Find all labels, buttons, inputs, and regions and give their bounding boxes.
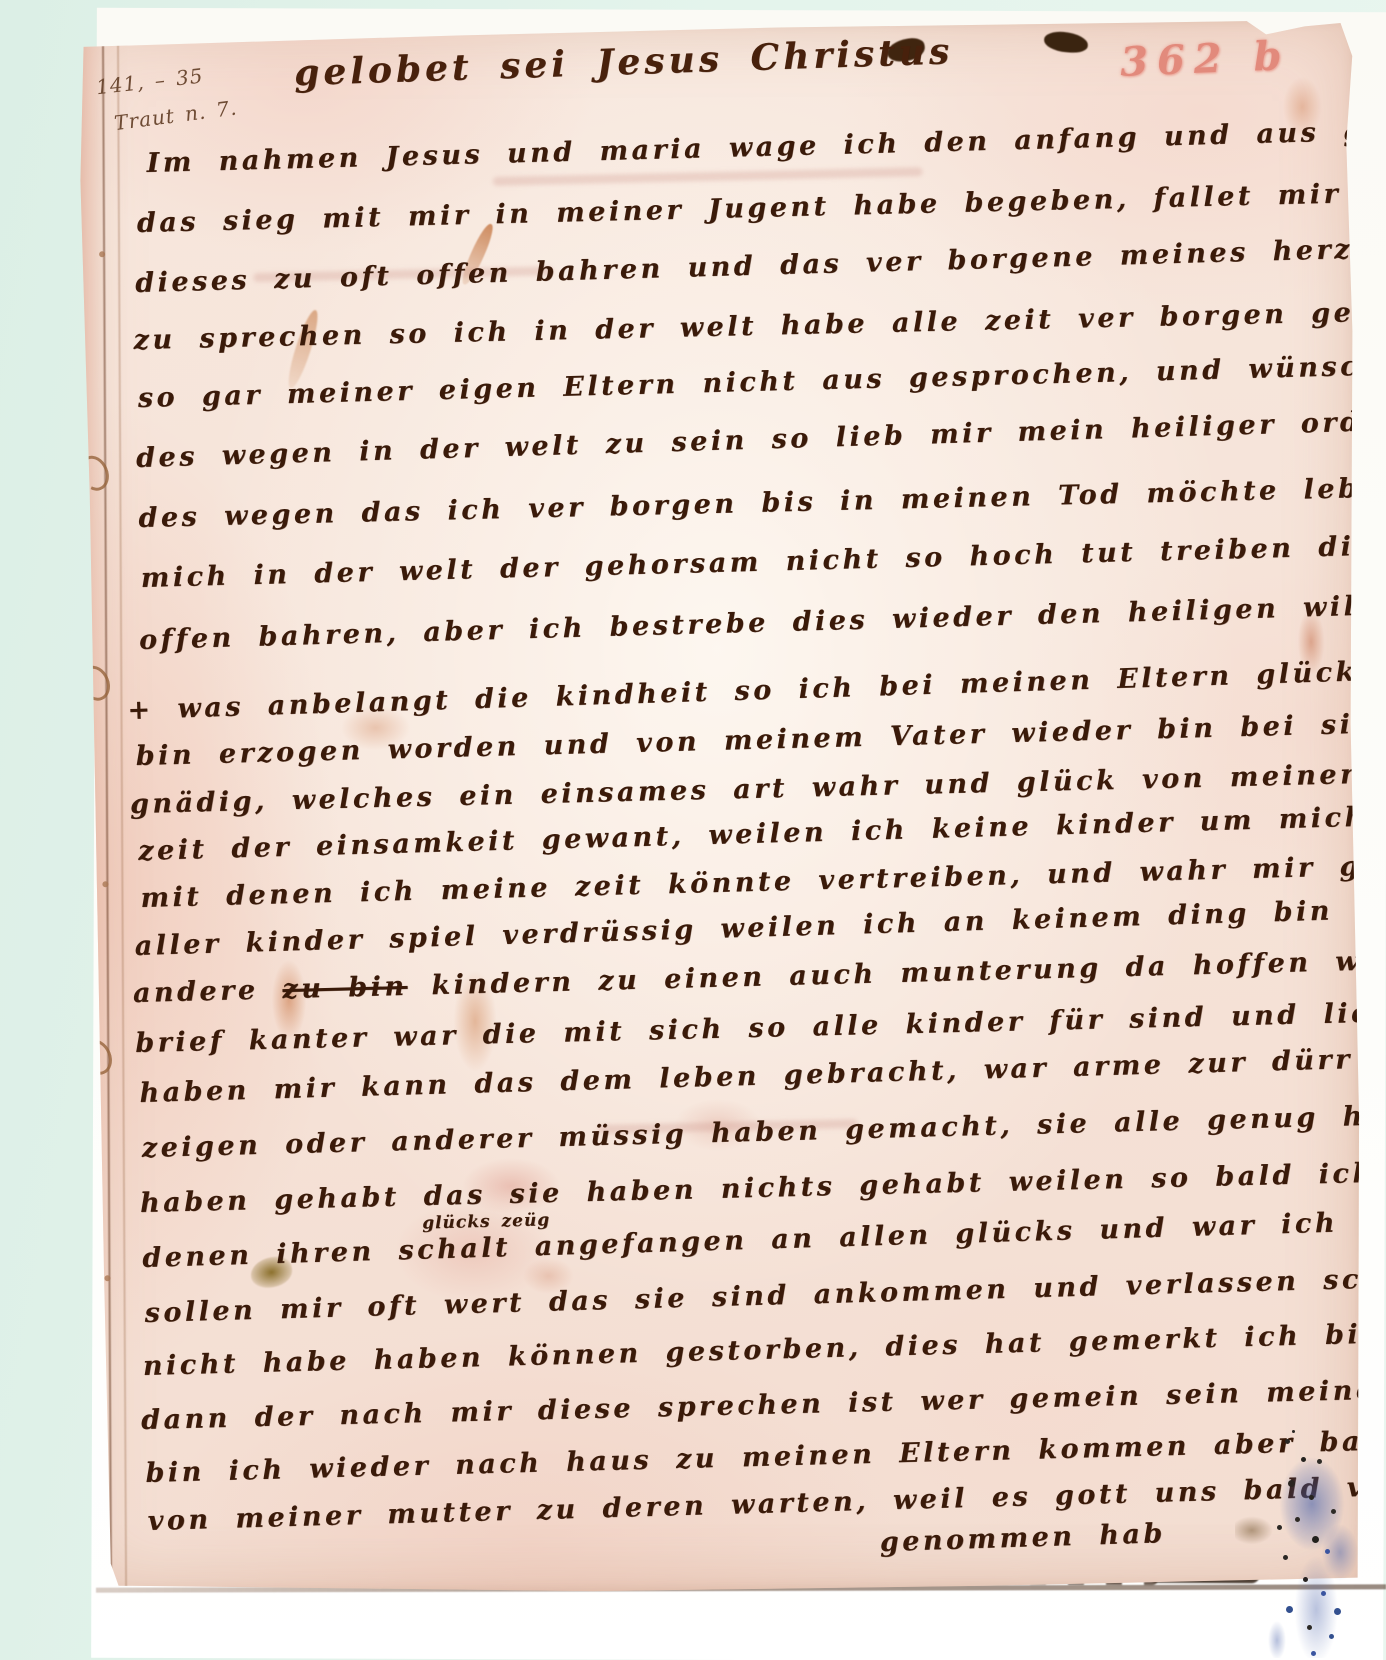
manuscript-page: 141, – 35 Traut n. 7. 362 b gelobet sei … <box>72 17 1364 1596</box>
handwriting-line-6: des wegen in der welt zu sein so lieb mi… <box>136 401 1386 474</box>
handwriting-line-9: offen bahren, aber ich bestrebe dies wie… <box>139 586 1386 657</box>
signature-line: genommen hab <box>879 1518 1166 1558</box>
scanned-manuscript-view: { "document": { "type": "Handwritten man… <box>0 0 1386 1660</box>
handwriting-line-20: haben gehabt das sie haben nichts gehabt… <box>140 1151 1386 1219</box>
line-16-pre: andere <box>133 974 283 1009</box>
handwriting-line-5: so gar meiner eigen Eltern nicht aus ges… <box>137 344 1386 414</box>
page-heading-invocation: gelobet sei Jesus Christus <box>293 30 953 94</box>
handwriting-line-24: dann der nach mir diese sprechen ist wer… <box>141 1367 1386 1436</box>
interlinear-insertion: glücks zeüg <box>422 1210 551 1233</box>
ink-speckles <box>1292 1430 1295 1433</box>
line-16-struck-word: zu bin <box>282 971 408 1005</box>
handwriting-line-1: Im nahmen Jesus und maria wage ich den a… <box>146 112 1386 179</box>
red-archival-number: 362 b <box>1119 32 1291 86</box>
handwriting-line-4: zu sprechen so ich in der welt habe alle… <box>133 292 1386 356</box>
handwriting-line-8: mich in der welt der gehorsam nicht so h… <box>140 528 1386 594</box>
archival-margin-note-name: Traut n. 7. <box>113 96 239 136</box>
handwriting-line-2: das sieg mit mir in meiner Jugent habe b… <box>137 175 1386 239</box>
handwriting-line-7: des wegen das ich ver borgen bis in mein… <box>138 468 1386 534</box>
handwriting-layer: 141, – 35 Traut n. 7. 362 b gelobet sei … <box>72 17 1364 1596</box>
handwriting-line-19: zeigen oder anderer müssig haben gemacht… <box>141 1094 1386 1164</box>
archival-margin-note-number: 141, – 35 <box>95 63 205 99</box>
handwriting-line-3: dieses zu oft offen bahren und das ver b… <box>135 229 1386 299</box>
blue-ink-stamp-smudge <box>1235 1438 1375 1658</box>
